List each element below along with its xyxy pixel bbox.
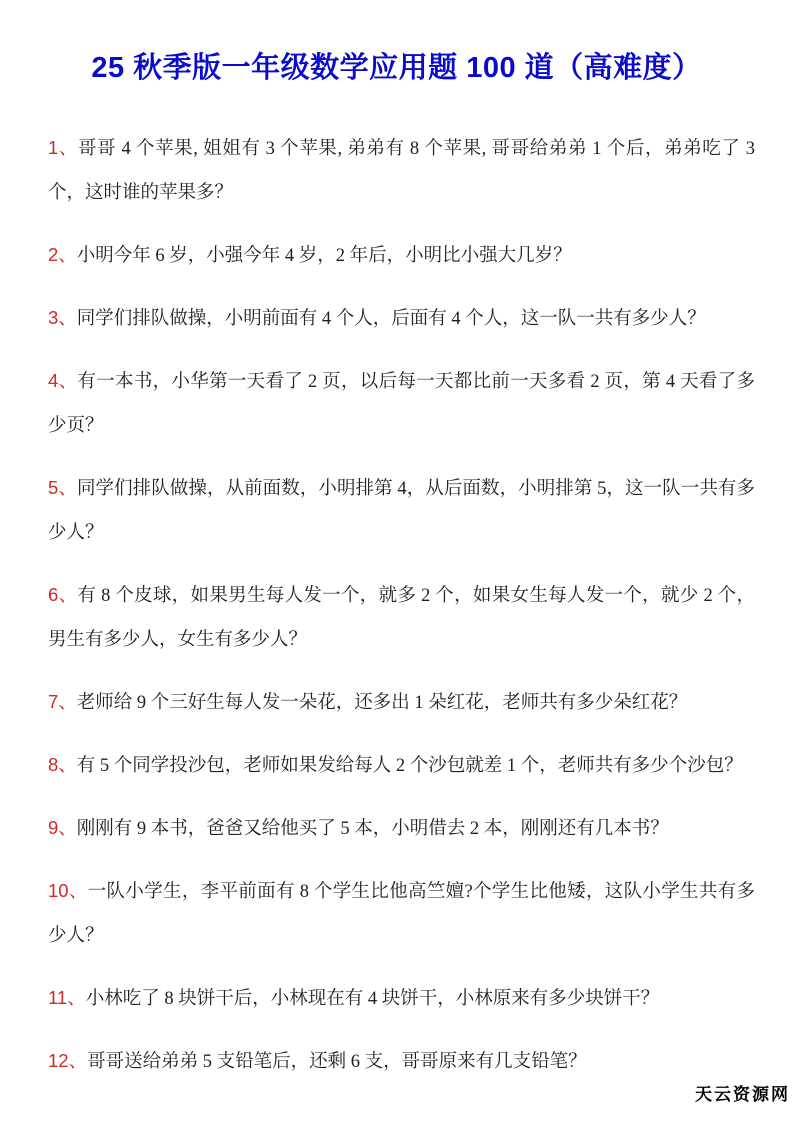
question-item: 1、哥哥 4 个苹果, 姐姐有 3 个苹果, 弟弟有 8 个苹果, 哥哥给弟弟 … bbox=[48, 126, 755, 215]
question-item: 4、有一本书，小华第一天看了 2 页，以后每一天都比前一天多看 2 页，第 4 … bbox=[48, 359, 755, 448]
question-text: 有 5 个同学投沙包，老师如果发给每人 2 个沙包就差 1 个，老师共有多少个沙… bbox=[77, 756, 743, 776]
question-item: 8、有 5 个同学投沙包，老师如果发给每人 2 个沙包就差 1 个，老师共有多少… bbox=[48, 743, 755, 788]
question-number: 8、 bbox=[48, 754, 77, 775]
question-text: 同学们排队做操，从前面数，小明排第 4，从后面数，小明排第 5，这一队一共有多少… bbox=[48, 479, 755, 543]
question-item: 10、一队小学生，李平前面有 8 个学生比他高竺嬗?个学生比他矮，这队小学生共有… bbox=[48, 869, 755, 958]
question-list: 1、哥哥 4 个苹果, 姐姐有 3 个苹果, 弟弟有 8 个苹果, 哥哥给弟弟 … bbox=[48, 126, 755, 1084]
question-text: 同学们排队做操，小明前面有 4 个人，后面有 4 个人，这一队一共有多少人？ bbox=[77, 309, 706, 329]
question-item: 5、同学们排队做操，从前面数，小明排第 4，从后面数，小明排第 5，这一队一共有… bbox=[48, 466, 755, 555]
question-number: 6、 bbox=[48, 584, 77, 605]
question-number: 7、 bbox=[48, 691, 77, 712]
question-text: 哥哥送给弟弟 5 支铅笔后，还剩 6 支，哥哥原来有几支铅笔？ bbox=[87, 1052, 587, 1072]
question-text: 老师给 9 个三好生每人发一朵花，还多出 1 朵红花，老师共有多少朵红花？ bbox=[77, 693, 688, 713]
question-text: 小林吃了 8 块饼干后，小林现在有 4 块饼干，小林原来有多少块饼干？ bbox=[86, 989, 660, 1009]
question-number: 10、 bbox=[48, 880, 88, 901]
question-number: 12、 bbox=[48, 1050, 87, 1071]
question-text: 刚刚有 9 本书，爸爸又给他买了 5 本，小明借去 2 本，刚刚还有几本书？ bbox=[77, 819, 669, 839]
question-item: 6、有 8 个皮球，如果男生每人发一个，就多 2 个，如果女生每人发一个，就少 … bbox=[48, 573, 755, 662]
question-text: 小明今年 6 岁，小强今年 4 岁，2 年后，小明比小强大几岁？ bbox=[77, 246, 572, 266]
question-text: 有一本书，小华第一天看了 2 页，以后每一天都比前一天多看 2 页，第 4 天看… bbox=[48, 372, 755, 436]
worksheet-page: 25 秋季版一年级数学应用题 100 道（高难度） 1、哥哥 4 个苹果, 姐姐… bbox=[0, 0, 793, 1122]
watermark: 天云资源网 bbox=[695, 1080, 790, 1105]
question-number: 11、 bbox=[48, 987, 86, 1008]
question-item: 12、哥哥送给弟弟 5 支铅笔后，还剩 6 支，哥哥原来有几支铅笔？ bbox=[48, 1039, 755, 1084]
question-item: 3、同学们排队做操，小明前面有 4 个人，后面有 4 个人，这一队一共有多少人？ bbox=[48, 296, 755, 341]
question-number: 2、 bbox=[48, 244, 77, 265]
question-number: 3、 bbox=[48, 307, 77, 328]
question-item: 7、老师给 9 个三好生每人发一朵花，还多出 1 朵红花，老师共有多少朵红花？ bbox=[48, 680, 755, 725]
question-item: 11、小林吃了 8 块饼干后，小林现在有 4 块饼干，小林原来有多少块饼干？ bbox=[48, 976, 755, 1021]
question-text: 一队小学生，李平前面有 8 个学生比他高竺嬗?个学生比他矮，这队小学生共有多少人… bbox=[48, 882, 755, 946]
page-title: 25 秋季版一年级数学应用题 100 道（高难度） bbox=[30, 0, 763, 86]
question-item: 9、刚刚有 9 本书，爸爸又给他买了 5 本，小明借去 2 本，刚刚还有几本书？ bbox=[48, 806, 755, 851]
question-number: 1、 bbox=[48, 137, 78, 158]
question-number: 4、 bbox=[48, 370, 77, 391]
question-text: 有 8 个皮球，如果男生每人发一个，就多 2 个，如果女生每人发一个，就少 2 … bbox=[48, 586, 755, 650]
question-number: 9、 bbox=[48, 817, 77, 838]
question-item: 2、小明今年 6 岁，小强今年 4 岁，2 年后，小明比小强大几岁？ bbox=[48, 233, 755, 278]
question-text: 哥哥 4 个苹果, 姐姐有 3 个苹果, 弟弟有 8 个苹果, 哥哥给弟弟 1 … bbox=[48, 139, 755, 203]
question-number: 5、 bbox=[48, 477, 77, 498]
